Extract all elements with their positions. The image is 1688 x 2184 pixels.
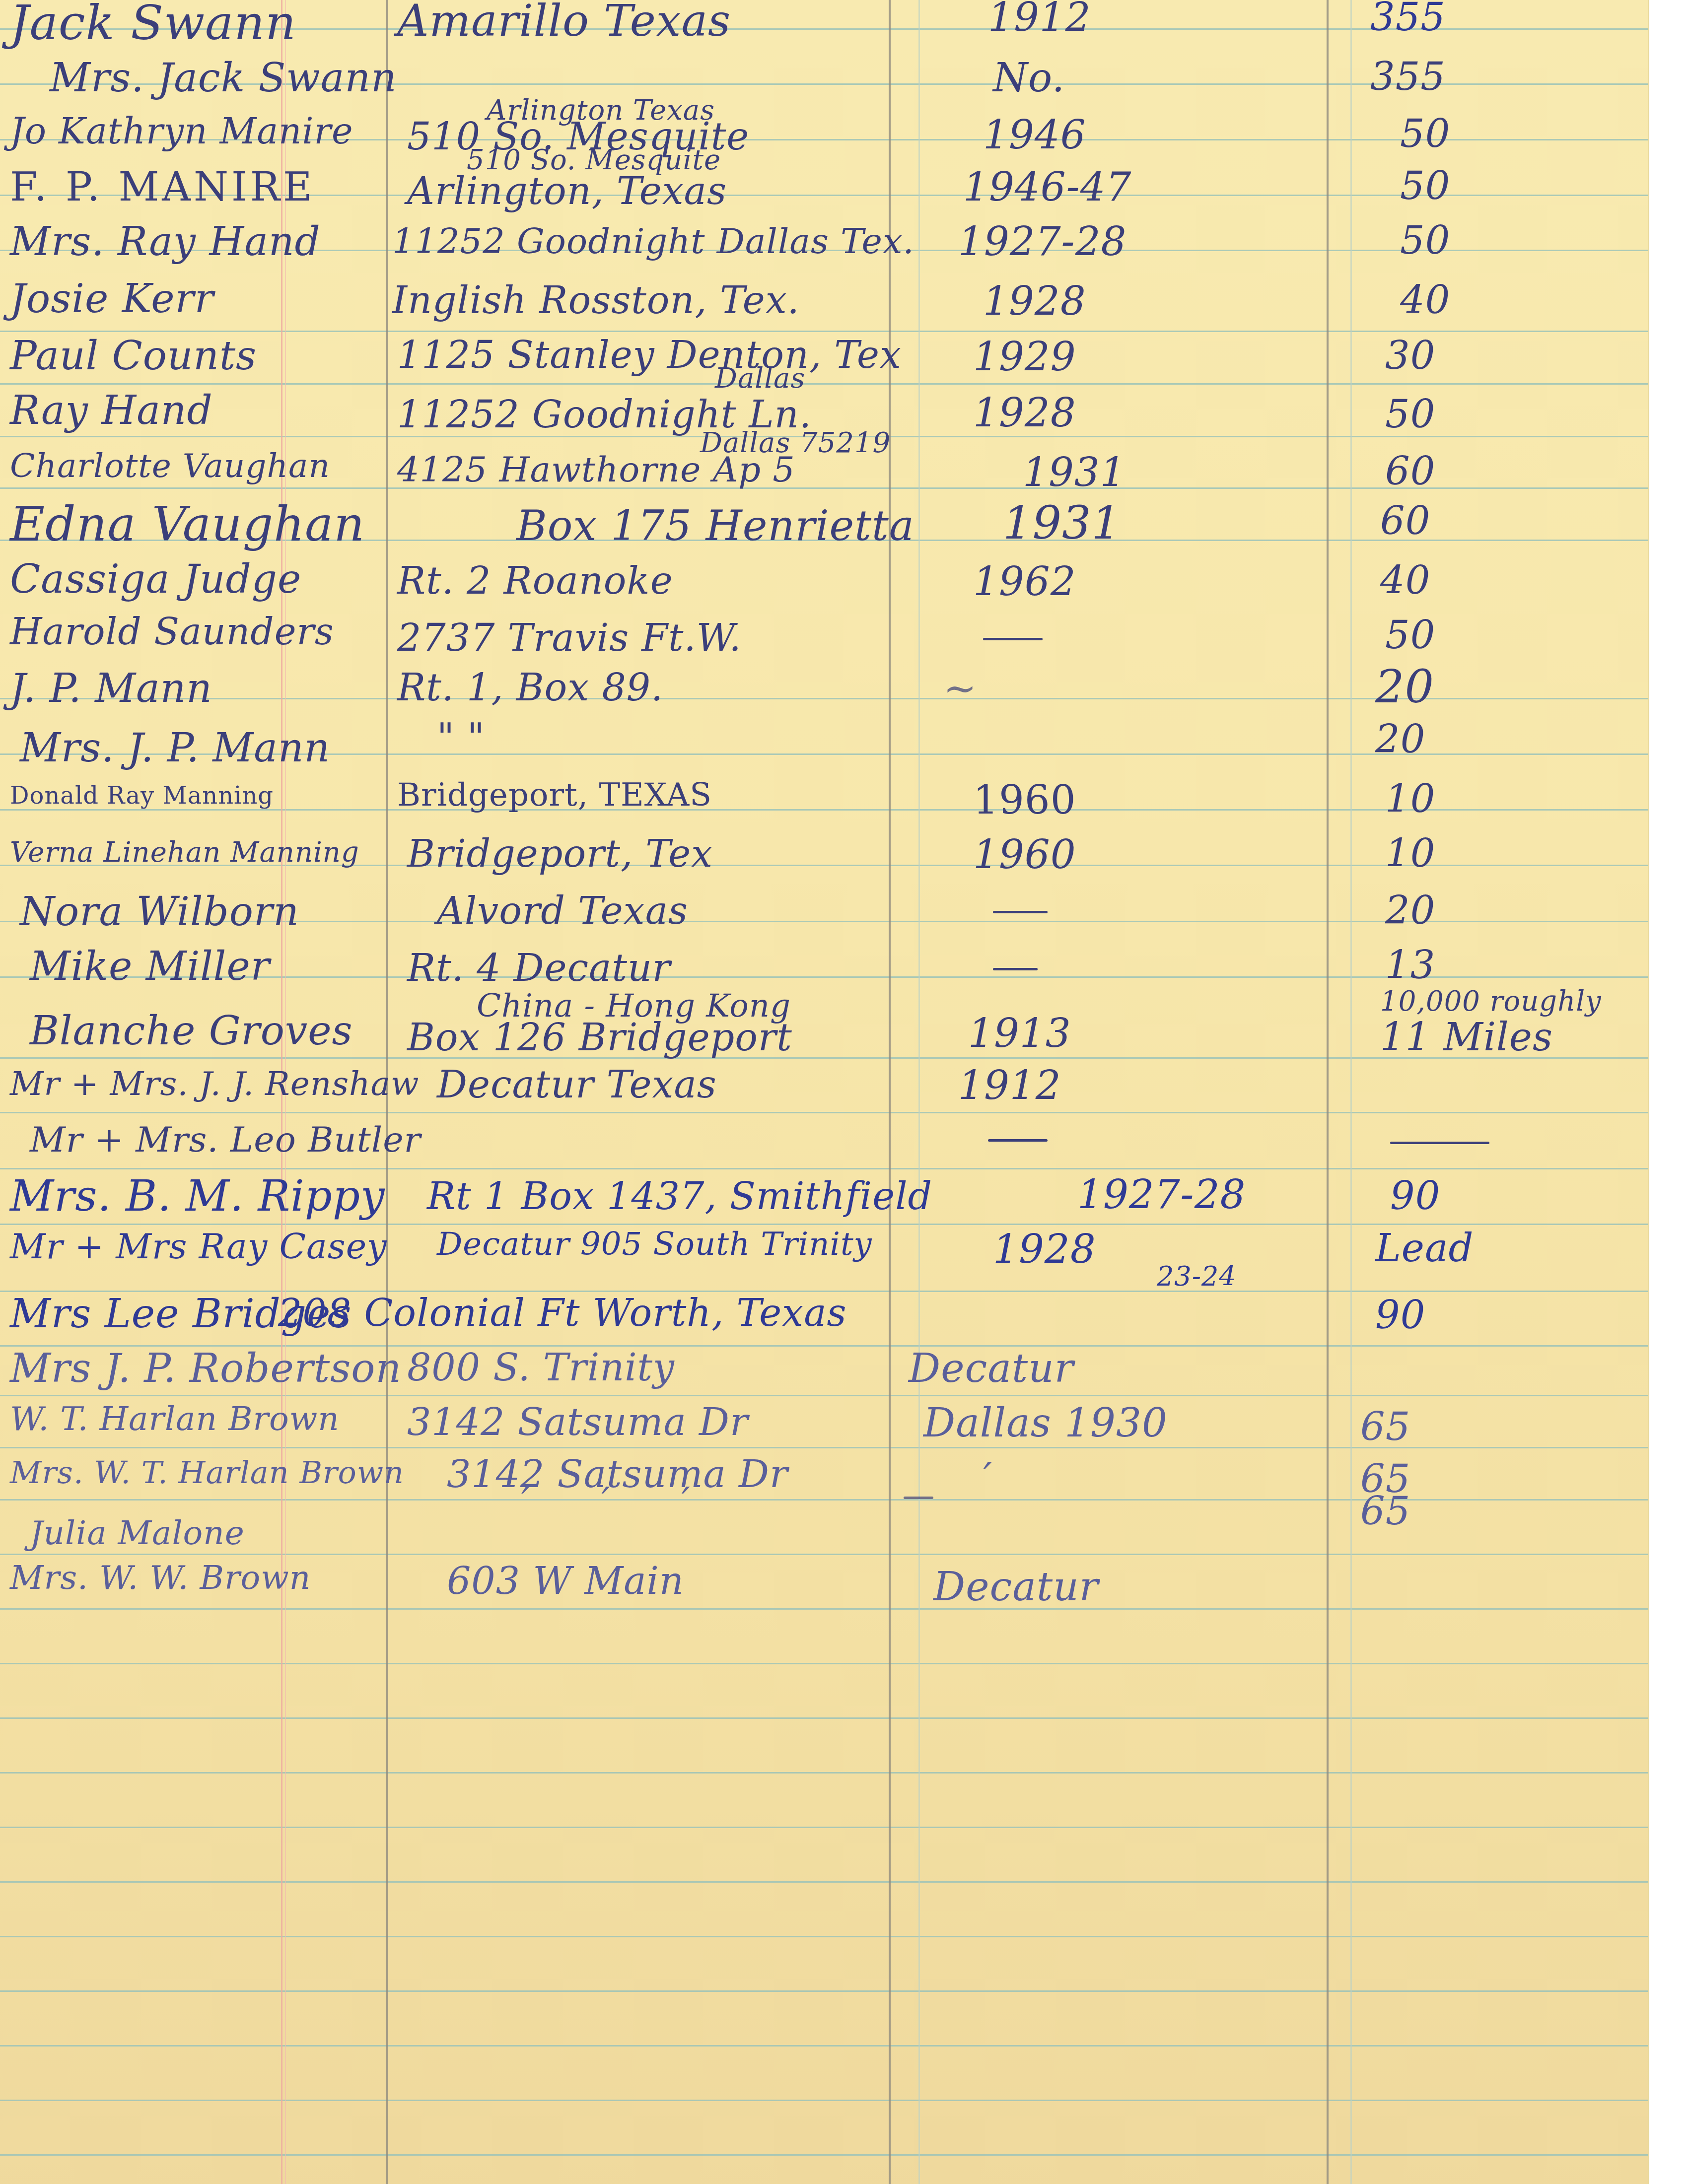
row-name: Mrs. J. P. Mann <box>20 725 330 771</box>
ruled-line <box>0 2100 1648 2101</box>
row-name: Mrs. B. M. Rippy <box>10 1171 385 1221</box>
row-amount: 50 <box>1385 613 1435 658</box>
dash-mark <box>993 968 1038 970</box>
row-name: Mr + Mrs Ray Casey <box>10 1226 387 1267</box>
row-name: Verna Linehan Manning <box>10 836 359 869</box>
ruled-line <box>0 2045 1648 2047</box>
row-amount: 10 <box>1385 777 1435 821</box>
row-amount-note: 10,000 roughly <box>1380 985 1602 1018</box>
row-year: 1962 <box>973 558 1076 605</box>
row-address: Box 126 Bridgeport <box>407 1015 792 1059</box>
faint-column-rule <box>1350 0 1352 2184</box>
row-name: Donald Ray Manning <box>10 782 274 810</box>
row-address: 208 Colonial Ft Worth, Texas <box>278 1291 846 1335</box>
row-amount: 40 <box>1380 558 1430 603</box>
row-address: 800 S. Trinity <box>407 1345 675 1389</box>
ruled-line <box>0 383 1648 385</box>
row-amount: 50 <box>1400 164 1450 208</box>
row-year: 1946 <box>983 112 1086 158</box>
row-amount: Lead <box>1375 1226 1474 1271</box>
row-amount: 65 <box>1360 1405 1410 1449</box>
row-amount: 10 <box>1385 831 1435 876</box>
row-year: ~ <box>943 665 977 711</box>
row-amount: 65 <box>1360 1489 1410 1534</box>
row-year: 1960 <box>973 831 1076 878</box>
row-amount: 20 <box>1375 717 1425 762</box>
row-address: 11252 Goodnight Dallas Tex. <box>392 221 914 262</box>
row-address-note: Dallas <box>715 362 805 395</box>
row-year: No. <box>993 55 1065 101</box>
row-year: 1928 <box>973 390 1076 436</box>
row-name: Mrs. W. W. Brown <box>10 1559 311 1597</box>
dash-mark <box>983 638 1043 640</box>
ruled-line <box>0 1112 1648 1113</box>
row-name: Harold Saunders <box>10 611 334 653</box>
row-address: 603 W Main <box>447 1559 684 1603</box>
row-address: Bridgeport, Tex <box>407 831 713 876</box>
ruled-line <box>0 331 1648 332</box>
row-year: Dallas 1930 <box>923 1400 1168 1446</box>
row-amount: 13 <box>1385 943 1435 988</box>
row-address: Arlington, Texas <box>407 169 727 213</box>
row-year: 23-24 <box>1157 1261 1237 1292</box>
row-address: Bridgeport, TEXAS <box>397 777 712 814</box>
row-amount: 11 Miles <box>1380 1015 1553 1060</box>
row-amount: 355 <box>1370 55 1446 99</box>
row-year: 1931 <box>1023 449 1126 495</box>
row-name: Mike Miller <box>30 943 270 989</box>
row-name: Mr + Mrs. J. J. Renshaw <box>10 1065 419 1103</box>
row-address: Decatur 905 South Trinity <box>437 1226 872 1263</box>
row-name: Mrs. W. T. Harlan Brown <box>10 1454 404 1491</box>
row-year: 1931 <box>1003 496 1121 549</box>
ruled-line <box>0 1717 1648 1719</box>
row-address: Inglish Rosston, Tex. <box>392 278 800 322</box>
row-year: 1960 <box>973 777 1076 823</box>
row-year: 1929 <box>973 334 1076 380</box>
row-name: Mrs. Ray Hand <box>10 218 321 265</box>
row-name: Mrs J. P. Robertson <box>10 1345 402 1391</box>
ruled-line <box>0 1168 1648 1169</box>
row-year: 1912 <box>958 1062 1061 1108</box>
ruled-line <box>0 1772 1648 1774</box>
row-amount: 60 <box>1380 499 1430 544</box>
row-address: 1125 Stanley Denton, Tex <box>397 333 902 377</box>
row-name: F. P. MANIRE <box>10 164 315 210</box>
row-name: Jo Kathryn Manire <box>10 110 353 152</box>
row-amount: 40 <box>1400 278 1450 323</box>
row-amount: 20 <box>1375 660 1434 713</box>
row-name: Josie Kerr <box>10 275 214 322</box>
ledger-paper: Jack Swann Amarillo Texas 1912 355 Mrs. … <box>0 0 1649 2184</box>
ruled-line <box>0 1936 1648 1937</box>
row-amount: 60 <box>1385 449 1435 494</box>
row-address: Rt. 1, Box 89. <box>397 665 663 709</box>
dash-mark <box>1390 1142 1489 1144</box>
row-address: " " <box>437 715 485 759</box>
row-name: Edna Vaughan <box>10 496 365 552</box>
row-name: Julia Malone <box>30 1514 245 1552</box>
row-name: Ray Hand <box>10 387 213 433</box>
row-address: Rt 1 Box 1437, Smithfield <box>427 1174 932 1218</box>
row-year: Decatur <box>909 1345 1074 1391</box>
row-year: 1912 <box>988 0 1091 40</box>
row-year: 1928 <box>993 1226 1096 1272</box>
row-name: Jack Swann <box>10 0 296 51</box>
dash-mark <box>904 1497 933 1499</box>
row-name: Mrs. Jack Swann <box>50 55 397 101</box>
ruled-line <box>0 2154 1648 2156</box>
column-divider-year-amount <box>1327 0 1329 2184</box>
ruled-line <box>0 1608 1648 1610</box>
row-year: 1928 <box>983 278 1086 324</box>
column-divider-address-year <box>889 0 891 2184</box>
row-address: Decatur Texas <box>437 1062 717 1106</box>
row-amount: 50 <box>1400 112 1450 156</box>
row-address: 2737 Travis Ft.W. <box>397 615 742 660</box>
row-name: Nora Wilborn <box>20 888 299 935</box>
row-name: Blanche Groves <box>30 1008 353 1054</box>
row-address: Amarillo Texas <box>397 0 731 46</box>
row-address: Box 175 Henrietta <box>516 501 914 550</box>
row-year: 1927-28 <box>1077 1171 1246 1218</box>
row-address: ′ ′ ′ <box>521 1479 720 1523</box>
ruled-line <box>0 1224 1648 1225</box>
row-address: Alvord Texas <box>437 888 688 933</box>
ruled-line <box>0 1663 1648 1664</box>
row-amount: 30 <box>1385 334 1435 378</box>
ruled-line <box>0 1827 1648 1828</box>
row-address: Rt. 2 Roanoke <box>397 558 673 603</box>
row-name: Cassiga Judge <box>10 556 301 602</box>
row-address: Rt. 4 Decatur <box>407 946 671 990</box>
ruled-line <box>0 1554 1648 1555</box>
row-year: Decatur <box>933 1564 1099 1610</box>
row-address: 3142 Satsuma Dr <box>407 1400 748 1444</box>
ruled-line <box>0 1395 1648 1396</box>
row-amount: 90 <box>1390 1174 1440 1219</box>
dash-mark <box>988 1139 1048 1142</box>
row-amount: 20 <box>1385 888 1435 933</box>
faint-column-rule <box>918 0 920 2184</box>
row-amount: 50 <box>1385 392 1435 437</box>
row-amount: 50 <box>1400 218 1450 263</box>
row-address: 4125 Hawthorne Ap 5 <box>397 449 795 490</box>
row-year: 1946-47 <box>963 164 1131 210</box>
row-year: 1927-28 <box>958 218 1126 265</box>
row-name: Paul Counts <box>10 333 257 379</box>
row-name: Mr + Mrs. Leo Butler <box>30 1119 421 1160</box>
ruled-line <box>0 1881 1648 1883</box>
row-year: 1913 <box>968 1010 1071 1056</box>
row-amount: 90 <box>1375 1293 1425 1338</box>
row-name: J. P. Mann <box>10 665 212 711</box>
row-amount: 355 <box>1370 0 1446 40</box>
row-name: W. T. Harlan Brown <box>10 1400 340 1438</box>
ruled-line <box>0 1990 1648 1992</box>
row-year: ′ <box>983 1454 992 1501</box>
row-name: Charlotte Vaughan <box>10 447 330 485</box>
dash-mark <box>993 911 1048 913</box>
